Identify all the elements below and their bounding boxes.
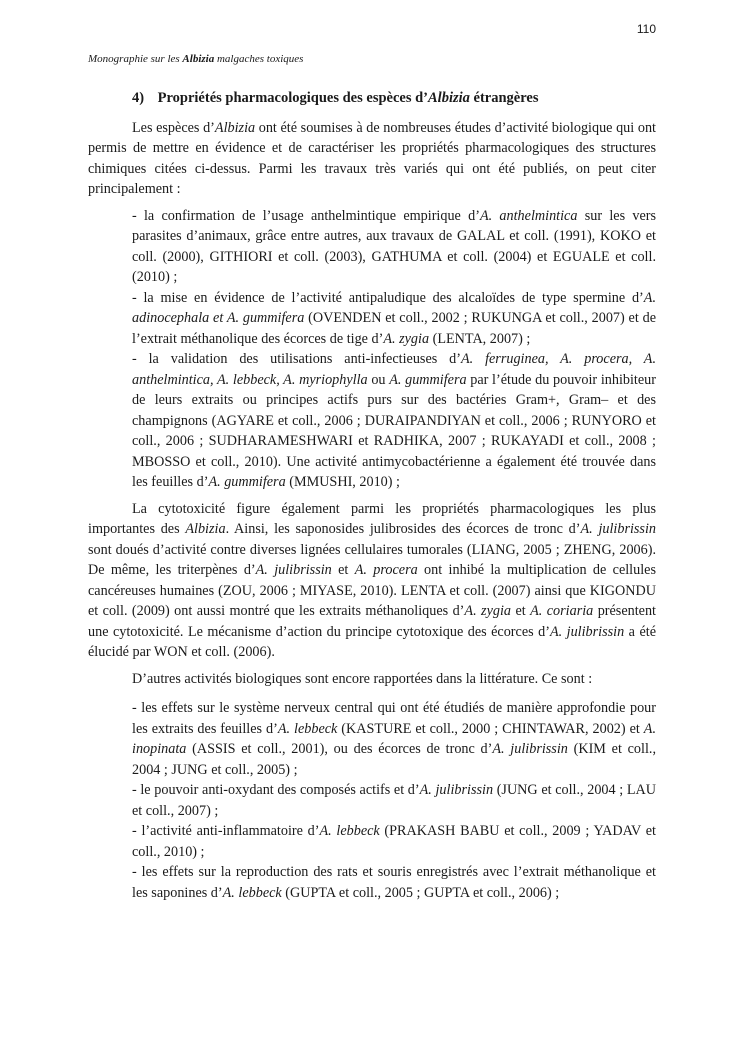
species-name: A. lebbeck bbox=[319, 823, 379, 839]
text-run: (ASSIS et coll., 2001), ou des écorces d… bbox=[186, 741, 492, 757]
text-run: - la validation des utilisations anti-in… bbox=[132, 351, 461, 367]
text-run: - l’activité anti-inflammatoire d’ bbox=[132, 823, 319, 839]
list-item-anti-infective: - la validation des utilisations anti-in… bbox=[132, 349, 656, 493]
text-run: (KASTURE et coll., 2000 ; CHINTAWAR, 200… bbox=[337, 721, 643, 737]
species-name: Albizia bbox=[215, 120, 255, 136]
running-head-suffix: malgaches toxiques bbox=[214, 53, 303, 65]
section-title-pre: Propriétés pharmacologiques des espèces … bbox=[158, 90, 428, 106]
section-number: 4) bbox=[132, 88, 154, 109]
document-body: 4) Propriétés pharmacologiques des espèc… bbox=[88, 88, 656, 903]
text-run: - la mise en évidence de l’activité anti… bbox=[132, 290, 644, 306]
text-run: par l’étude du pouvoir inhibiteur de leu… bbox=[132, 372, 656, 491]
other-activities-intro: D’autres activités biologiques sont enco… bbox=[88, 669, 656, 690]
text-run: - le pouvoir anti-oxydant des composés a… bbox=[132, 782, 420, 798]
pharmacology-list: - la confirmation de l’usage anthelminti… bbox=[132, 206, 656, 493]
species-name: Albizia bbox=[185, 521, 225, 537]
text-run: ou bbox=[368, 372, 390, 388]
cytotoxicity-paragraph: La cytotoxicité figure également parmi l… bbox=[88, 499, 656, 663]
species-name: A. anthelmintica bbox=[480, 208, 578, 224]
species-name: A. julibrissin bbox=[550, 624, 624, 640]
running-head-prefix: Monographie sur les bbox=[88, 53, 182, 65]
species-name: A. lebbeck bbox=[278, 721, 338, 737]
text-run: Les espèces d’ bbox=[132, 120, 215, 136]
species-name: A. zygia bbox=[464, 603, 511, 619]
text-run: (LENTA, 2007) ; bbox=[429, 331, 530, 347]
species-name: A. lebbeck bbox=[223, 885, 282, 901]
species-name: A. procera bbox=[355, 562, 418, 578]
text-run: . Ainsi, les saponosides julibrosides de… bbox=[226, 521, 581, 537]
text-run: et bbox=[511, 603, 530, 619]
species-name: A. julibrissin bbox=[581, 521, 657, 537]
list-item-anti-inflammatory: - l’activité anti-inflammatoire d’A. leb… bbox=[132, 821, 656, 862]
page-number: 110 bbox=[620, 22, 656, 36]
list-item-reproduction: - les effets sur la reproduction des rat… bbox=[132, 862, 656, 903]
species-name: A. coriaria bbox=[530, 603, 593, 619]
running-head-bold: Albizia bbox=[182, 53, 214, 65]
species-name: A. julibrissin bbox=[492, 741, 568, 757]
running-head: Monographie sur les Albizia malgaches to… bbox=[88, 53, 303, 65]
species-name: A. zygia bbox=[383, 331, 429, 347]
species-name: A. gummifera bbox=[208, 474, 285, 490]
other-activities-list: - les effets sur le système nerveux cent… bbox=[132, 698, 656, 903]
list-item-antioxidant: - le pouvoir anti-oxydant des composés a… bbox=[132, 780, 656, 821]
list-item-antimalarial: - la mise en évidence de l’activité anti… bbox=[132, 288, 656, 350]
text-run: (MMUSHI, 2010) ; bbox=[286, 474, 400, 490]
species-name: A. julibrissin bbox=[420, 782, 493, 798]
text-run: et bbox=[332, 562, 355, 578]
list-item-cns: - les effets sur le système nerveux cent… bbox=[132, 698, 656, 780]
text-run: (GUPTA et coll., 2005 ; GUPTA et coll., … bbox=[282, 885, 560, 901]
section-title-post: étrangères bbox=[470, 90, 539, 106]
species-name: A. gummifera bbox=[389, 372, 466, 388]
section-title-italic: Albizia bbox=[428, 90, 470, 106]
list-item-anthelmintic: - la confirmation de l’usage anthelminti… bbox=[132, 206, 656, 288]
species-name: A. julibrissin bbox=[256, 562, 332, 578]
intro-paragraph: Les espèces d’Albizia ont été soumises à… bbox=[88, 118, 656, 200]
section-heading: 4) Propriétés pharmacologiques des espèc… bbox=[132, 88, 656, 109]
text-run: - la confirmation de l’usage anthelminti… bbox=[132, 208, 480, 224]
